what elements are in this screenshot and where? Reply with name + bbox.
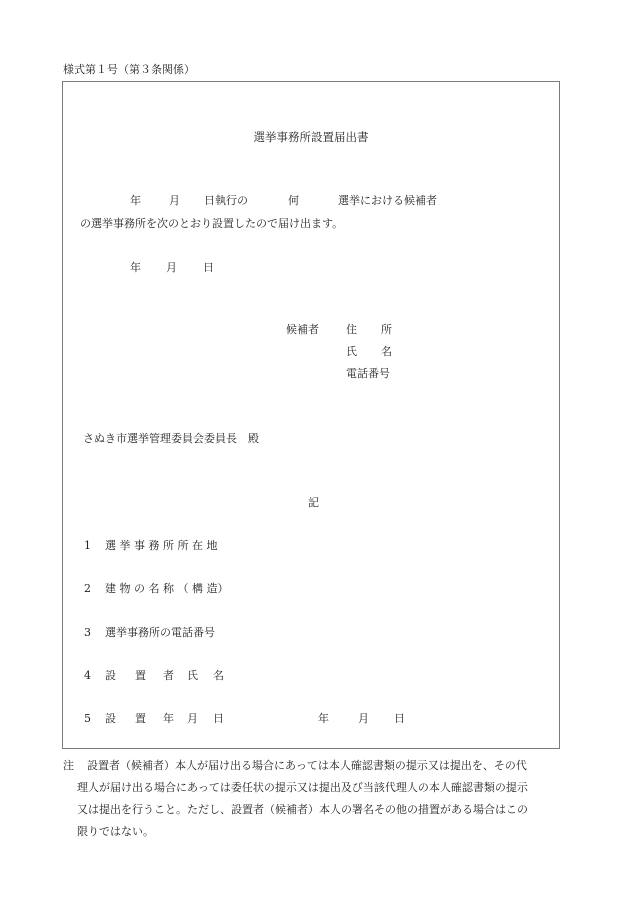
address-label-1: 住: [346, 324, 357, 335]
note: 注設置者（候補者）本人が届け出る場合にあっては本人確認書類の提示又は提出を、その…: [63, 755, 571, 843]
item-5-label-2: 置: [135, 713, 146, 724]
item-5-year: 年: [318, 713, 329, 724]
address-label-2: 所: [381, 324, 392, 335]
name-label-2: 名: [381, 346, 392, 357]
date-year: 年: [130, 262, 141, 273]
intro-day-exec: 日執行の: [204, 195, 248, 206]
item-5-label-1: 設: [105, 713, 116, 724]
item-4-label-2: 置: [135, 670, 146, 681]
form-frame: 選挙事務所設置届出書 年 月 日執行の 何 選挙における候補者 の選挙事務所を次…: [62, 81, 560, 749]
item-1-number: 1: [84, 540, 91, 551]
intro-what: 何: [288, 195, 299, 206]
applicant-label: 候補者: [286, 324, 319, 335]
note-line-2: 理人が届け出る場合にあっては委任状の提示又は提出及び当該代理人の本人確認書類の提…: [63, 777, 571, 799]
item-3-label: 選挙事務所の電話番号: [105, 627, 215, 638]
item-5-label-5: 日: [213, 713, 224, 724]
item-1-label: 選 挙 事 務 所 所 在 地: [105, 540, 218, 551]
intro-election-candidate: 選挙における候補者: [338, 195, 437, 206]
item-5-month: 月: [358, 713, 369, 724]
intro-year: 年: [130, 195, 141, 206]
addressee: さぬき市選挙管理委員会委員長 殿: [83, 433, 259, 444]
item-5-label-4: 月: [187, 713, 198, 724]
item-2-number: 2: [84, 583, 91, 594]
form-number: 様式第１号（第３条関係）: [63, 64, 195, 75]
item-5-label-3: 年: [163, 713, 174, 724]
ki-label: 記: [308, 497, 319, 508]
item-3-number: 3: [84, 627, 91, 638]
item-4-label-1: 設: [105, 670, 116, 681]
intro-line-2: の選挙事務所を次のとおり設置したので届け出ます。: [80, 218, 343, 229]
item-5-number: 5: [84, 713, 91, 724]
date-month: 月: [166, 262, 177, 273]
note-line-1: 注設置者（候補者）本人が届け出る場合にあっては本人確認書類の提示又は提出を、その…: [63, 755, 571, 777]
item-5-day: 日: [394, 713, 405, 724]
item-4-label-4: 氏: [187, 670, 198, 681]
note-line-3: 又は提出を行うこと。ただし、設置者（候補者）本人の署名その他の措置がある場合はこ…: [63, 799, 571, 821]
name-label-1: 氏: [346, 346, 357, 357]
date-day: 日: [203, 262, 214, 273]
item-4-label-3: 者: [163, 670, 174, 681]
note-line-4: 限りではない。: [63, 821, 571, 843]
item-4-number: 4: [84, 670, 91, 681]
item-2-label: 建 物 の 名 称 （ 構 造）: [105, 583, 229, 594]
document-title: 選挙事務所設置届出書: [63, 132, 559, 144]
note-prefix: 注: [63, 759, 74, 772]
intro-month: 月: [169, 195, 180, 206]
item-4-label-5: 名: [213, 670, 224, 681]
phone-label: 電話番号: [346, 368, 390, 379]
